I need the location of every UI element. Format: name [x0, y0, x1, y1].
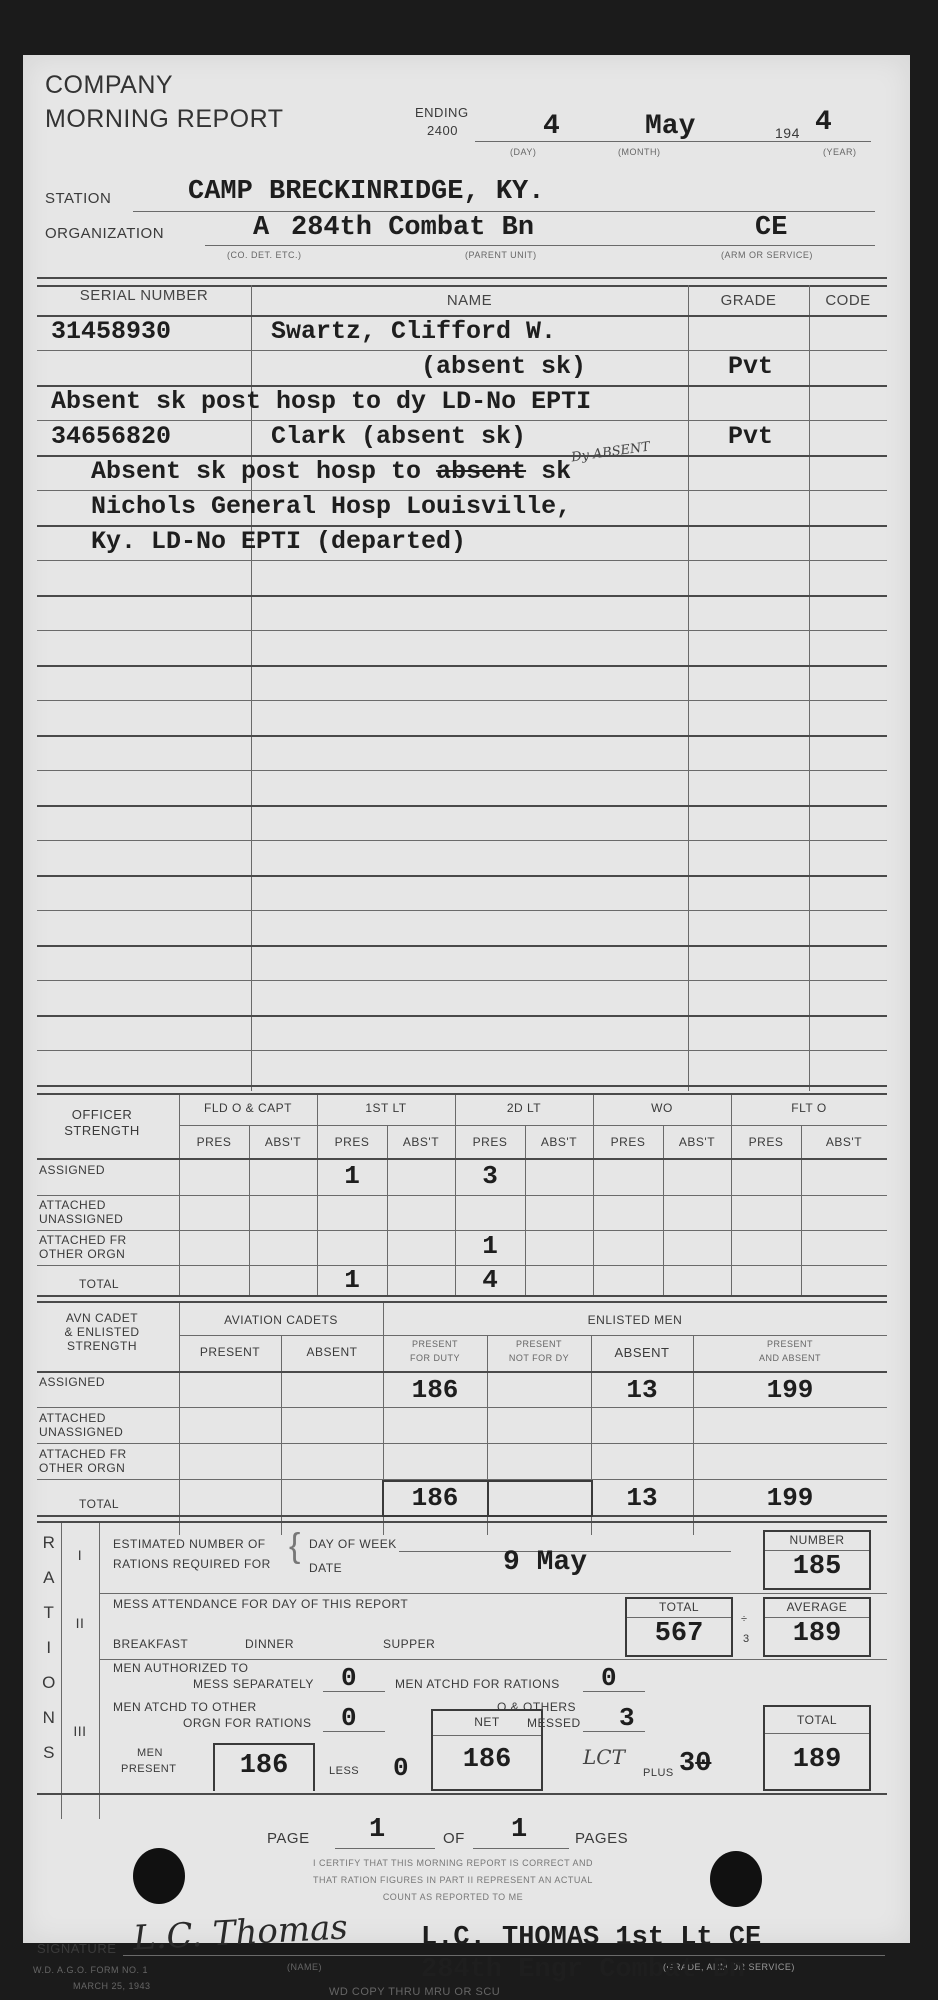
sub-pres: PRES [317, 1135, 387, 1149]
sub-abst: ABS'T [387, 1135, 455, 1149]
men-present-value: 186 [213, 1751, 315, 1781]
auth-value: 0 [341, 1663, 357, 1693]
certify-line-3: COUNT AS REPORTED TO ME [223, 1892, 683, 1902]
group-1st-lt: 1ST LT [317, 1101, 455, 1115]
signer-unit: 284th Engr Combat Bn [421, 1955, 745, 1985]
month-caption: (MONTH) [618, 147, 661, 157]
section-i-label-2: RATIONS REQUIRED FOR [113, 1557, 271, 1571]
caption-company: (CO. DET. ETC.) [227, 250, 302, 260]
sub-pres: PRES [593, 1135, 663, 1149]
caption-parent: (PARENT UNIT) [465, 250, 537, 260]
caption-arm: (ARM OR SERVICE) [721, 250, 813, 260]
row-assigned: ASSIGNED [39, 1163, 105, 1177]
year-prefix: 194 [775, 125, 800, 141]
section-ii-numeral: II [61, 1615, 99, 1631]
form-date: MARCH 25, 1943 [73, 1981, 151, 1991]
row-attached-fr: ATTACHED FR [39, 1233, 127, 1247]
officer-strength-title-2: STRENGTH [37, 1123, 167, 1138]
net-label: NET [431, 1715, 543, 1729]
rations-total-label: TOTAL [763, 1713, 871, 1727]
enlisted-title-2: & ENLISTED [37, 1325, 167, 1339]
mess-total-label: TOTAL [625, 1600, 733, 1614]
roster-serial-1: 31458930 [51, 317, 171, 346]
pages-label: PAGES [575, 1830, 628, 1847]
mess-total-value: 567 [625, 1619, 733, 1649]
group-fld-capt: FLD O & CAPT [179, 1101, 317, 1115]
binder-hole-right [710, 1851, 762, 1907]
form-title-line2: MORNING REPORT [45, 105, 284, 134]
rations-total-value: 189 [763, 1745, 871, 1775]
station-label: STATION [45, 190, 111, 207]
less-value: 0 [393, 1753, 409, 1783]
roster-remark-1: Absent sk post hosp to dy LD-No EPTI [51, 387, 591, 416]
col-present-duty-2: FOR DUTY [383, 1353, 487, 1363]
station-value: CAMP BRECKINRIDGE, KY. [188, 177, 544, 207]
em-row-attached: ATTACHED [39, 1411, 106, 1425]
ending-time: 2400 [427, 123, 458, 138]
men-present-label-1: MEN [137, 1747, 163, 1759]
day-caption: (DAY) [510, 147, 536, 157]
others-value: 3 [619, 1703, 635, 1733]
pages-value: 1 [511, 1815, 527, 1845]
sub-abst: ABS'T [801, 1135, 887, 1149]
em-row-total: TOTAL [79, 1497, 119, 1511]
roster-remark-4: Ky. LD-No EPTI (departed) [91, 527, 466, 556]
day-of-week-label: DAY OF WEEK [309, 1537, 397, 1551]
header-serial-number: SERIAL NUMBER [37, 287, 251, 304]
wd-copy-note: WD COPY THRU MRU OR SCU [329, 1986, 500, 1998]
assigned-2d-lt-pres: 3 [455, 1161, 525, 1191]
sub-pres: PRES [455, 1135, 525, 1149]
roster-name-2: Clark (absent sk) [271, 422, 526, 451]
officer-strength-title-1: OFFICER [37, 1107, 167, 1122]
average-label: AVERAGE [763, 1600, 871, 1614]
roster-grade-2: Pvt [728, 422, 773, 451]
struck-word: absent [436, 457, 526, 486]
roster-name-1: Swartz, Clifford W. [271, 317, 556, 346]
report-day: 4 [543, 111, 560, 142]
assigned-1st-lt-pres: 1 [317, 1161, 387, 1191]
divisor: 3 [743, 1633, 750, 1645]
handwritten-initials: LCT [583, 1745, 625, 1769]
em-row-other-orgn: OTHER ORGN [39, 1461, 125, 1475]
section-iii-numeral: III [61, 1723, 99, 1739]
col-present-not-1: PRESENT [487, 1339, 591, 1349]
col-cadets-present: PRESENT [179, 1345, 281, 1359]
row-attached: ATTACHED [39, 1198, 106, 1212]
ending-label: ENDING [415, 105, 469, 120]
atchd-rations-label: MEN ATCHD FOR RATIONS [395, 1677, 560, 1691]
average-value: 189 [763, 1619, 871, 1649]
header-grade: GRADE [688, 292, 809, 309]
assigned-present-duty: 186 [383, 1375, 487, 1405]
men-present-label-2: PRESENT [121, 1763, 176, 1775]
roster-status-1: (absent sk) [421, 352, 586, 381]
form-id: W.D. A.G.O. FORM NO. 1 [33, 1965, 148, 1975]
page-value: 1 [369, 1815, 385, 1845]
of-label: OF [443, 1830, 465, 1847]
org-arm-service: CE [755, 213, 787, 243]
plus-value: 30 [679, 1749, 711, 1779]
atchd-rations-value: 0 [601, 1663, 617, 1693]
morning-report-form: COMPANY MORNING REPORT ENDING 2400 4 May… [23, 55, 910, 1943]
assigned-absent: 13 [591, 1375, 693, 1405]
signer-name-grade: L.C. THOMAS 1st Lt CE [421, 1923, 761, 1953]
report-year-digit: 4 [815, 107, 832, 138]
roster-remark-3: Nichols General Hosp Louisville, [91, 492, 571, 521]
plus-label: PLUS [643, 1767, 674, 1779]
col-present-duty-1: PRESENT [383, 1339, 487, 1349]
net-value: 186 [431, 1745, 543, 1775]
total-present-absent: 199 [693, 1483, 887, 1513]
atchd-other-label-2: ORGN FOR RATIONS [183, 1716, 311, 1730]
row-total: TOTAL [79, 1277, 119, 1291]
total-absent: 13 [591, 1483, 693, 1513]
dinner-label: DINNER [245, 1637, 294, 1651]
less-label: LESS [329, 1765, 359, 1777]
sub-abst: ABS'T [663, 1135, 731, 1149]
row-other-orgn: OTHER ORGN [39, 1247, 125, 1261]
mess-attendance-label: MESS ATTENDANCE FOR DAY OF THIS REPORT [113, 1597, 408, 1611]
enlisted-title-3: STRENGTH [37, 1339, 167, 1353]
atchd-other-label-1: MEN ATCHD TO OTHER [113, 1700, 257, 1714]
number-value: 185 [763, 1552, 871, 1582]
col-pres-abs-1: PRESENT [693, 1339, 887, 1349]
handwritten-correction: Dy ABSENT [570, 440, 651, 466]
breakfast-label: BREAKFAST [113, 1637, 188, 1651]
total-2d-lt-pres: 4 [455, 1265, 525, 1295]
col-pres-abs-2: AND ABSENT [693, 1353, 887, 1363]
auth-label-2: MESS SEPARATELY [193, 1677, 314, 1691]
section-i-numeral: I [61, 1547, 99, 1563]
attached-fr-2d-lt-pres: 1 [455, 1231, 525, 1261]
name-caption: (NAME) [287, 1962, 322, 1972]
em-row-attached-fr: ATTACHED FR [39, 1447, 127, 1461]
rations-date-value: 9 May [503, 1547, 587, 1578]
total-1st-lt-pres: 1 [317, 1265, 387, 1295]
roster-remark-2: Absent sk post hosp to absent sk [91, 457, 571, 486]
form-title-line1: COMPANY [45, 71, 173, 100]
header-code: CODE [809, 292, 887, 309]
group-enlisted-men: ENLISTED MEN [383, 1313, 887, 1327]
assigned-present-absent: 199 [693, 1375, 887, 1405]
rations-side-label: R A T I O N S [37, 1525, 61, 1770]
row-unassigned: UNASSIGNED [39, 1212, 123, 1226]
section-i-label-1: ESTIMATED NUMBER OF [113, 1537, 266, 1551]
binder-hole-left [133, 1848, 185, 1904]
certify-line-2: THAT RATION FIGURES IN PART II REPRESENT… [223, 1875, 683, 1885]
plus-struck-digit: 0 [695, 1749, 711, 1779]
col-cadets-absent: ABSENT [281, 1345, 383, 1359]
number-label: NUMBER [763, 1533, 871, 1547]
sub-pres: PRES [179, 1135, 249, 1149]
auth-label-1: MEN AUTHORIZED TO [113, 1661, 248, 1675]
date-label: DATE [309, 1561, 342, 1575]
page-label: PAGE [267, 1830, 310, 1847]
signature-script: L.C. Thomas [132, 1907, 349, 1958]
org-company: A [253, 213, 269, 243]
total-present-duty: 186 [383, 1483, 487, 1513]
year-caption: (YEAR) [823, 147, 857, 157]
brace: { [289, 1527, 301, 1566]
col-present-not-2: NOT FOR DY [487, 1353, 591, 1363]
org-parent-unit: 284th Combat Bn [291, 213, 534, 243]
divide-symbol: ÷ [741, 1613, 748, 1625]
group-flt-o: FLT O [731, 1101, 887, 1115]
sub-pres: PRES [731, 1135, 801, 1149]
supper-label: SUPPER [383, 1637, 435, 1651]
group-aviation-cadets: AVIATION CADETS [179, 1313, 383, 1327]
col-em-absent: ABSENT [591, 1345, 693, 1360]
sub-abst: ABS'T [249, 1135, 317, 1149]
header-name: NAME [251, 292, 688, 309]
certify-line-1: I CERTIFY THAT THIS MORNING REPORT IS CO… [223, 1858, 683, 1868]
roster-serial-2: 34656820 [51, 422, 171, 451]
roster-grade-1: Pvt [728, 352, 773, 381]
sub-abst: ABS'T [525, 1135, 593, 1149]
em-row-assigned: ASSIGNED [39, 1375, 105, 1389]
enlisted-title-1: AVN CADET [37, 1311, 167, 1325]
group-wo: WO [593, 1101, 731, 1115]
atchd-other-value: 0 [341, 1703, 357, 1733]
organization-label: ORGANIZATION [45, 225, 164, 242]
em-row-unassigned: UNASSIGNED [39, 1425, 123, 1439]
group-2d-lt: 2D LT [455, 1101, 593, 1115]
report-month: May [645, 111, 695, 142]
signature-label: SIGNATURE [37, 1941, 116, 1956]
